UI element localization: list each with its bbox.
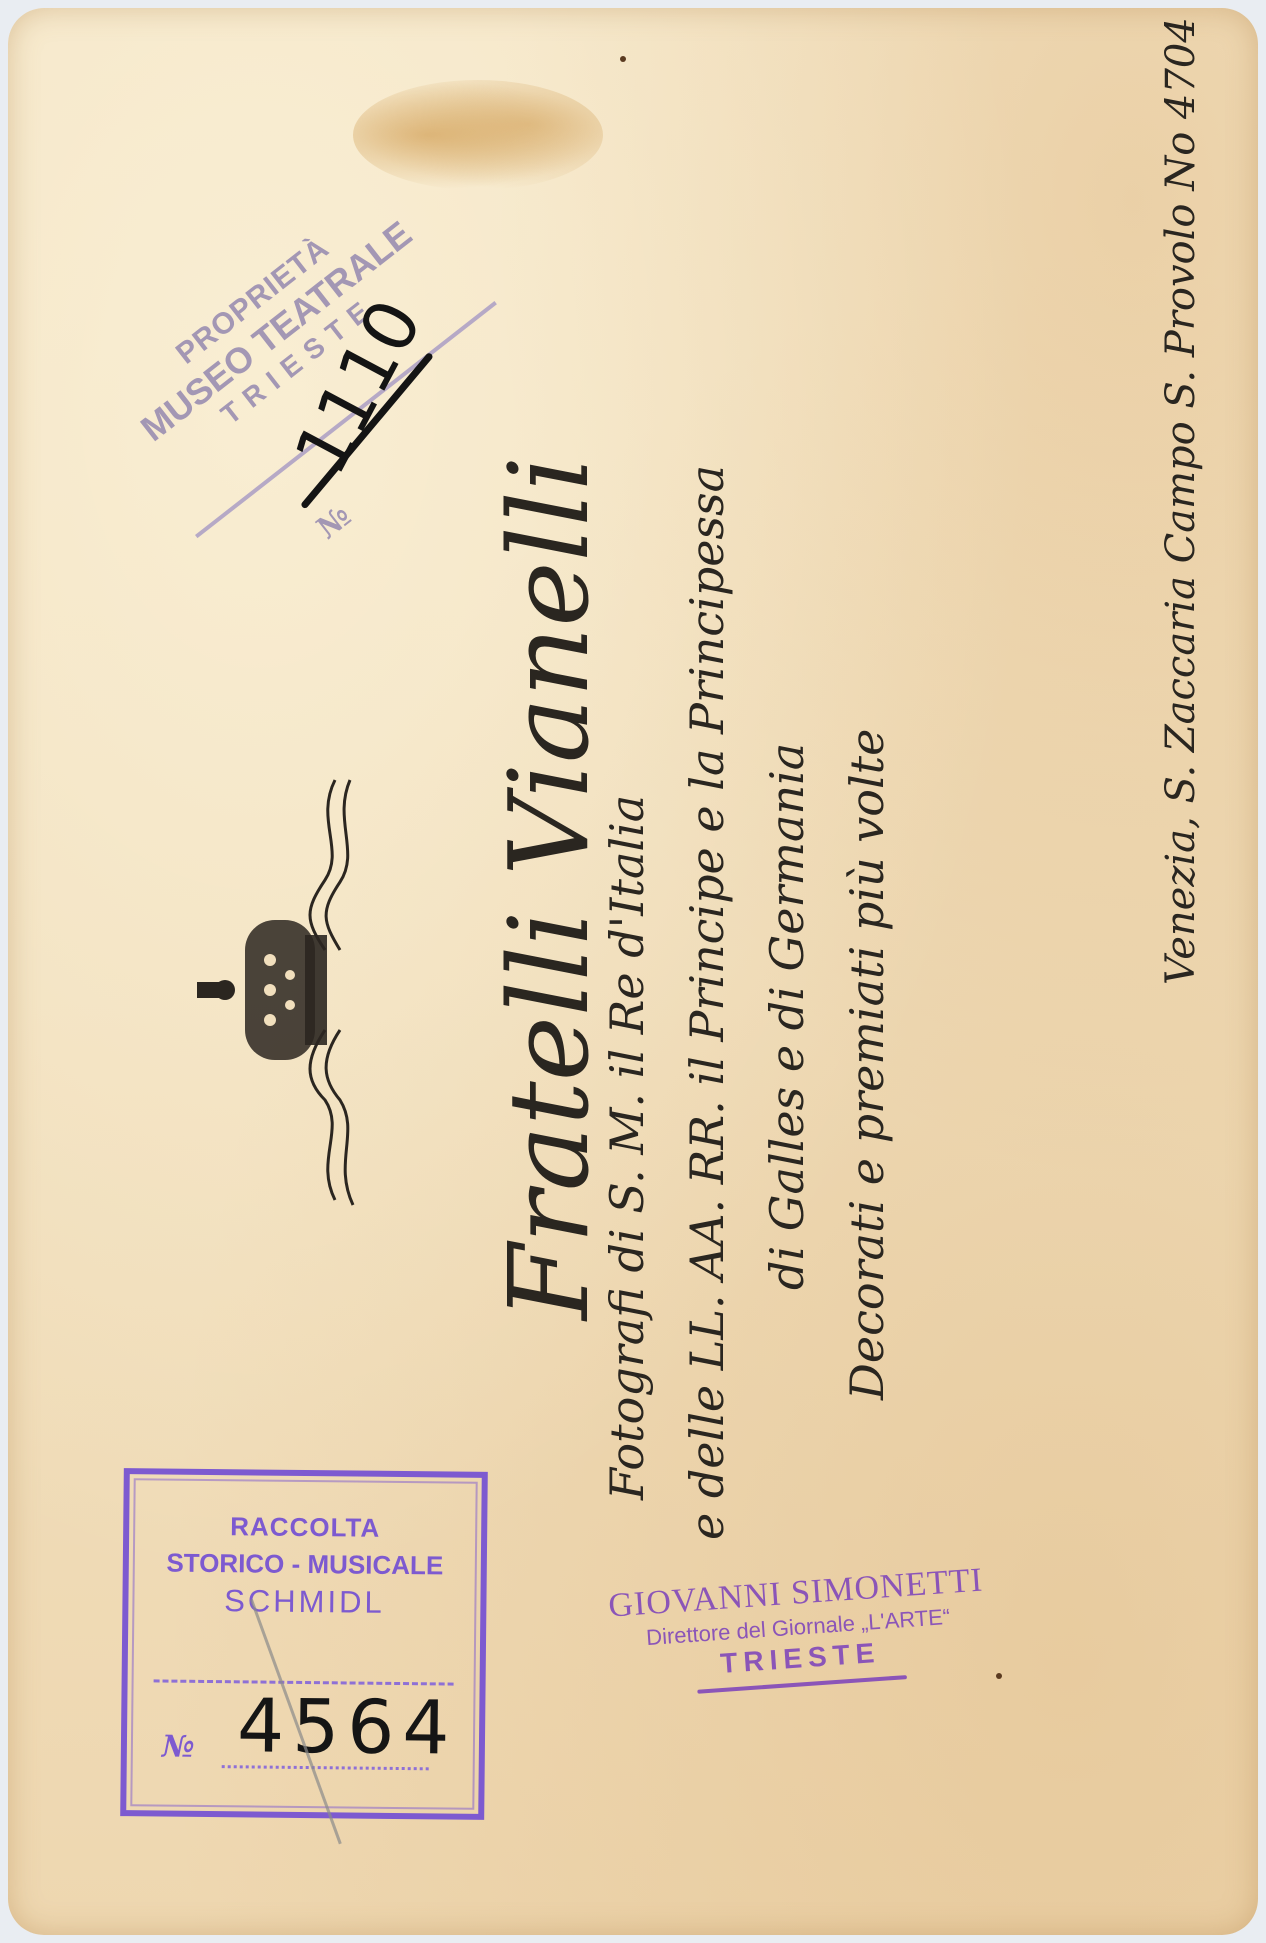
imprint-line-2: e delle LL. AA. RR. il Principe e la Pri… [680,465,734,1540]
studio-name: Fratelli Vianelli [485,456,613,1320]
stamp-number-label: № [162,1730,195,1765]
stamp-line-schmidl: SCHMIDL [128,1582,480,1622]
ink-speck [620,56,626,62]
handwritten-collection-number: 4564 [237,1683,458,1771]
imprint-line-3: di Galles e di Germania [760,743,814,1290]
imprint-line-1: Fotografi di S. M. il Re d'Italia [600,795,654,1500]
ink-speck [996,1673,1002,1679]
water-stain [353,80,603,190]
imprint-line-4: Decorati e premiati più volte [840,729,894,1400]
crown-ribbon-icon [185,760,365,1220]
stamp-line-storico-musicale: STORICO - MUSICALE [129,1547,481,1582]
studio-address: Venezia, S. Zaccaria Campo S. Provolo No… [1158,17,1204,985]
raccolta-schmidl-stamp: RACCOLTA STORICO - MUSICALE SCHMIDL № 45… [120,1468,488,1820]
stamp-line-raccolta: RACCOLTA [129,1510,481,1545]
